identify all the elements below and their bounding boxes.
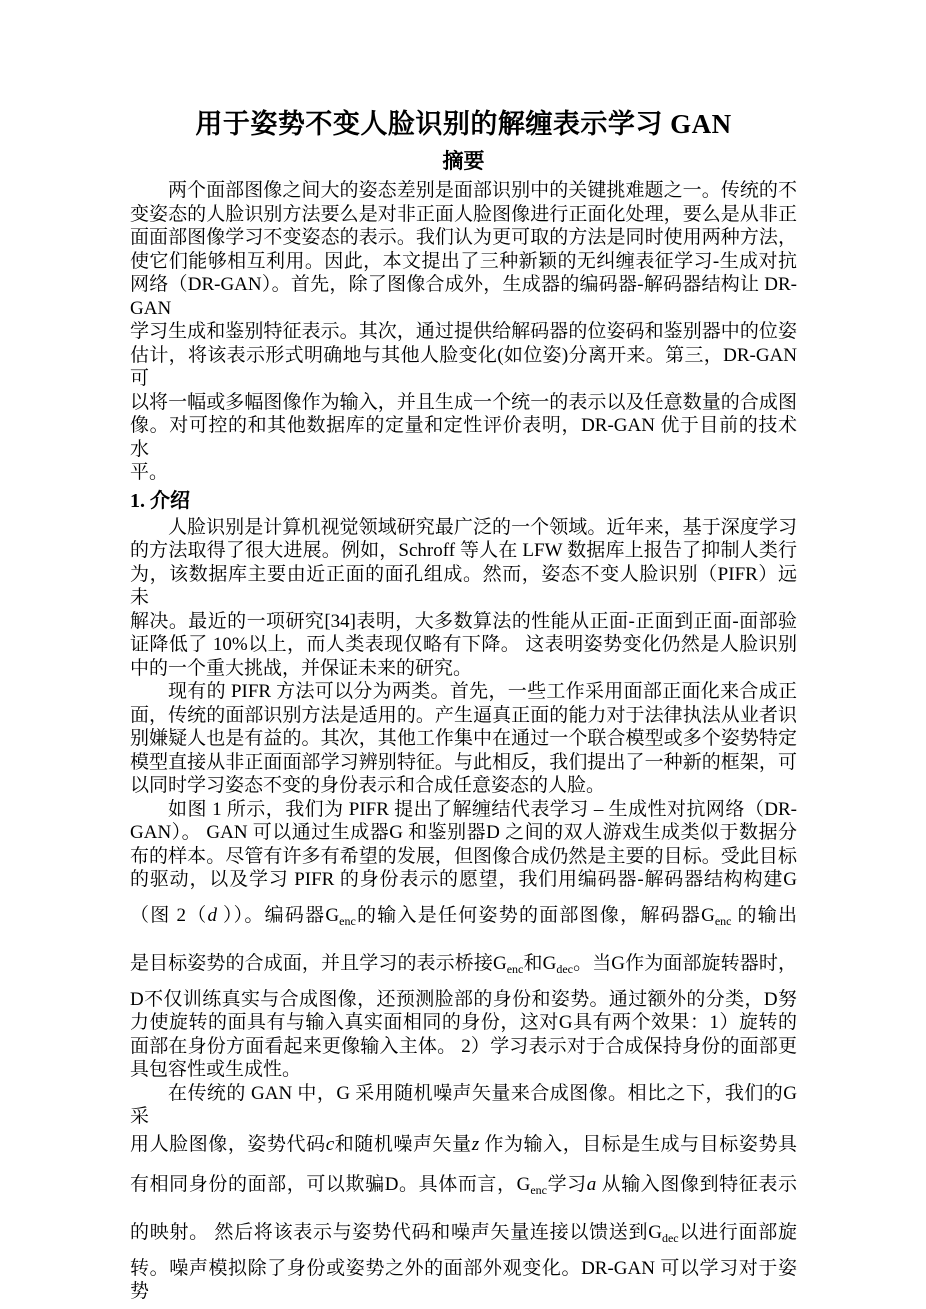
math-subscript: enc <box>715 914 732 928</box>
text-line: 如图 1 所示，我们为 PIFR 提出了解缠结代表学习 – 生成性对抗网络（DR… <box>130 798 797 822</box>
math-symbol: G <box>611 953 625 974</box>
text-line: 以同时学习姿态不变的身份表示和合成任意姿态的人脸。 <box>130 774 797 798</box>
paragraph: 人脸识别是计算机视觉领域研究最广泛的一个领域。近年来，基于深度学习的方法取得了很… <box>130 516 797 681</box>
abstract-heading: 摘要 <box>130 148 797 174</box>
math-symbol-italic: z <box>472 1134 479 1155</box>
math-subscript: enc <box>339 914 356 928</box>
text-line: 平。 <box>130 461 797 485</box>
math-symbol-italic: a <box>587 1174 597 1195</box>
intro-body: 人脸识别是计算机视觉领域研究最广泛的一个领域。近年来，基于深度学习的方法取得了很… <box>130 516 797 1304</box>
text-line: 具包容性或生成性。 <box>130 1058 797 1082</box>
text-line: 布的样本。尽管有许多有希望的发展，但图像合成仍然是主要的目标。受此目标 <box>130 845 797 869</box>
text-line: 面，传统的面部识别方法是适用的。产生逼真正面的能力对于法律执法从业者识 <box>130 704 797 728</box>
text-line: 有相同身份的面部，可以欺骗D。具体而言，Genc学习a 从输入图像到特征表示 <box>130 1161 797 1209</box>
math-symbol: G <box>543 953 557 974</box>
text-line: 力使旋转的面具有与输入真实面相同的身份，这对G具有两个效果：1）旋转的 <box>130 1011 797 1035</box>
document-title: 用于姿势不变人脸识别的解缠表示学习 GAN <box>130 106 797 142</box>
math-subscript: dec <box>662 1231 679 1245</box>
text-line: 变姿态的人脸识别方法要么是对非正面人脸图像进行正面化处理，要么是从非正 <box>130 203 797 227</box>
text-line: 估计，将该表示形式明确地与其他人脸变化(如位姿)分离开来。第三，DR-GAN 可 <box>130 344 797 391</box>
text-line: （图 2（d ））。编码器Genc的输入是任何姿势的面部图像，解码器Genc 的… <box>130 892 797 940</box>
text-line: 面部在身份方面看起来更像输入主体。 2）学习表示对于合成保持身份的面部更 <box>130 1035 797 1059</box>
text-line: 别嫌疑人也是有益的。其次，其他工作集中在通过一个联合模型或多个姿势特定 <box>130 727 797 751</box>
text-line: 的方法取得了很大进展。例如，Schroff 等人在 LFW 数据库上报告了抑制人… <box>130 539 797 563</box>
text-line: 面面部图像学习不变姿态的表示。我们认为更可取的方法是同时使用两种方法， <box>130 226 797 250</box>
text-line: 人脸识别是计算机视觉领域研究最广泛的一个领域。近年来，基于深度学习 <box>130 516 797 540</box>
math-symbol: G <box>559 1012 573 1033</box>
text-line: 是目标姿势的合成面，并且学习的表示桥接Genc和Gdec。当G作为面部旋转器时， <box>130 940 797 988</box>
text-line: 的映射。 然后将该表示与姿势代码和噪声矢量连接以馈送到Gdec以进行面部旋 <box>130 1209 797 1257</box>
text-line: 证降低了 10%以上，而人类表现仅略有下降。 这表明姿势变化仍然是人脸识别 <box>130 633 797 657</box>
text-line: 使它们能够相互利用。因此，本文提出了三种新颖的无纠缠表征学习-生成对抗 <box>130 250 797 274</box>
text-line: 为，该数据库主要由近正面的面孔组成。然而，姿态不变人脸识别（PIFR）远未 <box>130 563 797 610</box>
paragraph: 如图 1 所示，我们为 PIFR 提出了解缠结代表学习 – 生成性对抗网络（DR… <box>130 798 797 1082</box>
intro-heading: 1. 介绍 <box>130 488 797 514</box>
paragraph: 现有的 PIFR 方法可以分为两类。首先，一些工作采用面部正面化来合成正面，传统… <box>130 680 797 798</box>
math-symbol: D <box>130 989 144 1010</box>
text-line: 用人脸图像，姿势代码c和随机噪声矢量z 作为输入，目标是生成与目标姿势具 <box>130 1129 797 1161</box>
text-line: GAN）。 GAN 可以通过生成器G 和鉴别器D 之间的双人游戏生成类似于数据分 <box>130 821 797 845</box>
text-line: 在传统的 GAN 中，G 采用随机噪声矢量来合成图像。相比之下，我们的G采 <box>130 1082 797 1129</box>
math-subscript: dec <box>556 962 573 976</box>
text-line: 像。对可控的和其他数据库的定量和定性评价表明，DR-GAN 优于目前的技术水 <box>130 414 797 461</box>
text-line: 现有的 PIFR 方法可以分为两类。首先，一些工作采用面部正面化来合成正 <box>130 680 797 704</box>
math-symbol: G <box>783 869 797 890</box>
math-symbol: G <box>336 1083 350 1104</box>
math-subscript: enc <box>507 962 524 976</box>
math-symbol: G <box>325 905 339 926</box>
math-symbol: G <box>701 905 715 926</box>
math-symbol: G <box>648 1222 662 1243</box>
text-line: 中的一个重大挑战，并保证未来的研究。 <box>130 657 797 681</box>
paragraph: 两个面部图像之间大的姿态差别是面部识别中的关键挑难题之一。传统的不变姿态的人脸识… <box>130 179 797 485</box>
document-page: 用于姿势不变人脸识别的解缠表示学习 GAN 摘要 两个面部图像之间大的姿态差别是… <box>0 0 926 1309</box>
math-symbol: G <box>493 953 507 974</box>
math-symbol: G <box>389 822 403 843</box>
text-line: D不仅训练真实与合成图像，还预测脸部的身份和姿势。通过额外的分类，D努 <box>130 988 797 1012</box>
text-line: 以将一幅或多幅图像作为输入，并且生成一个统一的表示以及任意数量的合成图 <box>130 391 797 415</box>
text-line: 学习生成和鉴别特征表示。其次，通过提供给解码器的位姿码和鉴别器中的位姿 <box>130 320 797 344</box>
math-symbol: D <box>385 1174 399 1195</box>
math-symbol: D <box>486 822 500 843</box>
text-line: 网络（DR-GAN）。首先，除了图像合成外，生成器的编码器-解码器结构让 DR-… <box>130 273 797 320</box>
text-line: 的驱动，以及学习 PIFR 的身份表示的愿望，我们用编码器-解码器结构构建G <box>130 868 797 892</box>
text-line: 两个面部图像之间大的姿态差别是面部识别中的关键挑难题之一。传统的不 <box>130 179 797 203</box>
text-line: 转。噪声模拟除了身份或姿势之外的面部外观变化。DR-GAN 可以学习对于姿势 <box>130 1257 797 1304</box>
paragraph: 在传统的 GAN 中，G 采用随机噪声矢量来合成图像。相比之下，我们的G采用人脸… <box>130 1082 797 1304</box>
math-symbol-italic: d <box>207 905 217 926</box>
abstract-body: 两个面部图像之间大的姿态差别是面部识别中的关键挑难题之一。传统的不变姿态的人脸识… <box>130 179 797 485</box>
math-symbol: D <box>764 989 778 1010</box>
math-subscript: enc <box>530 1183 547 1197</box>
text-line: 解决。最近的一项研究[34]表明，大多数算法的性能从正面-正面到正面-面部验 <box>130 610 797 634</box>
math-symbol: G <box>517 1174 531 1195</box>
text-line: 模型直接从非正面面部学习辨别特征。与此相反，我们提出了一种新的框架，可 <box>130 751 797 775</box>
math-symbol-italic: c <box>326 1134 334 1155</box>
math-symbol: G <box>783 1083 797 1104</box>
